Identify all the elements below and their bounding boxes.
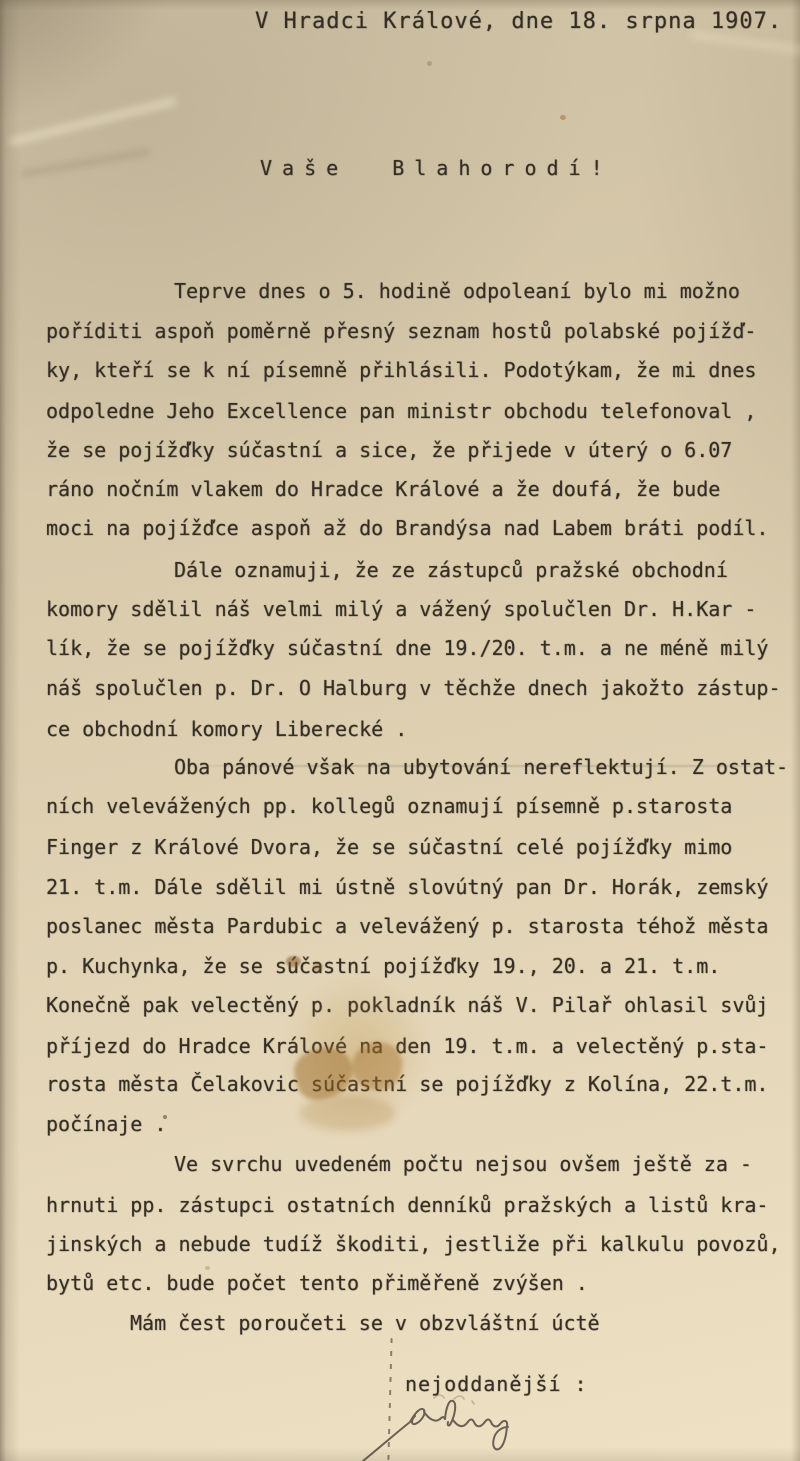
date-line: V Hradci Králové, dne 18. srpna 1907. bbox=[255, 9, 782, 34]
salutation: Vaše Blahorodí! bbox=[260, 156, 613, 180]
text-line: bytů etc. bude počet tento přiměřeně zvý… bbox=[46, 1264, 796, 1304]
text-line: Oba pánové však na ubytování nereflektuj… bbox=[46, 748, 796, 788]
text-line: rosta města Čelakovic súčastní se pojížď… bbox=[46, 1065, 796, 1105]
closing-line: nejoddanější : bbox=[405, 1372, 588, 1396]
letter-body: Teprve dnes o 5. hodině odpoleaní bylo m… bbox=[46, 272, 796, 1344]
text-line: p. Kuchynka, že se súčastní pojížďky 19.… bbox=[46, 947, 796, 987]
text-line: Finger z Králové Dvora, že se súčastní c… bbox=[46, 828, 796, 868]
text-line: ráno nočním vlakem do Hradce Králové a ž… bbox=[46, 470, 796, 510]
text-line: Dále oznamuji, že ze zástupců pražské ob… bbox=[46, 551, 796, 591]
text-line: komory sdělil náš velmi milý a vážený sp… bbox=[46, 590, 796, 630]
text-line: příjezd do Hradce Králové na den 19. t.m… bbox=[46, 1027, 796, 1067]
paper-wrinkle bbox=[20, 149, 149, 177]
signature-handwriting bbox=[350, 1393, 525, 1461]
paper-wrinkle bbox=[10, 98, 177, 146]
text-line: Ve svrchu uvedeném počtu nejsou ovšem je… bbox=[46, 1145, 796, 1185]
text-line: že se pojížďky súčastní a sice, že přije… bbox=[46, 431, 796, 471]
text-line: ních velevážených pp. kollegů oznamují p… bbox=[46, 787, 796, 827]
text-line: náš spolučlen p. Dr. O Halburg v těchže … bbox=[46, 669, 796, 709]
text-line: Konečně pak velectěný p. pokladník náš V… bbox=[46, 986, 796, 1026]
text-line: moci na pojížďce aspoň až do Brandýsa na… bbox=[46, 509, 796, 549]
text-line: poříditi aspoň poměrně přesný seznam hos… bbox=[46, 312, 796, 352]
text-line: počínaje . bbox=[46, 1105, 796, 1145]
paper-speck bbox=[560, 115, 566, 120]
text-line: Teprve dnes o 5. hodině odpoleaní bylo m… bbox=[46, 272, 796, 312]
text-line: 21. t.m. Dále sdělil mi ústně slovútný p… bbox=[46, 868, 796, 908]
text-line: ce obchodní komory Liberecké . bbox=[46, 710, 796, 750]
fold-crease bbox=[387, 1338, 392, 1460]
text-line: Mám čest poroučeti se v obzvláštní úctě bbox=[46, 1304, 796, 1344]
text-line: hrnuti pp. zástupci ostatních denníků pr… bbox=[46, 1186, 796, 1226]
letter-page: V Hradci Králové, dne 18. srpna 1907. Va… bbox=[0, 0, 800, 1461]
paper-speck bbox=[427, 61, 432, 66]
text-line: odpoledne Jeho Excellence pan ministr ob… bbox=[46, 392, 796, 432]
text-line: poslanec města Pardubic a velevážený p. … bbox=[46, 907, 796, 947]
paper-wrinkle bbox=[690, 32, 800, 55]
text-line: lík, že se pojížďky súčastní dne 19./20.… bbox=[46, 629, 796, 669]
text-line: ky, kteří se k ní písemně přihlásili. Po… bbox=[46, 351, 796, 391]
text-line: jinských a nebude tudíž škoditi, jestliž… bbox=[46, 1225, 796, 1265]
